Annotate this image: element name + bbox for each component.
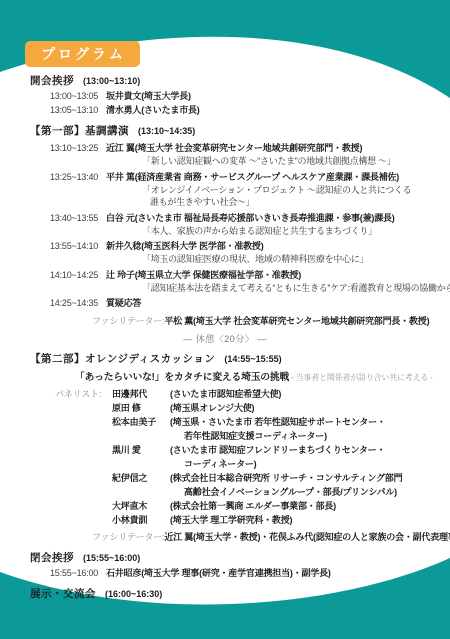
speaker-row: 14:10~14:25 辻 玲子(埼玉県立大学 保健医療福祉学部・准教授) [30,268,450,282]
section-time: (16:00~16:30) [105,587,162,602]
speaker-time: 13:55~14:10 [30,239,106,253]
panelist-affiliation-line2: 高齢社会イノベーショングループ・部長/プリンシパル) [170,485,397,499]
panelist-row: 小林貴訓 (埼玉大学 理工学研究科・教授) [30,513,450,527]
part2-subtitle-note: - 当事者と関係者が語り合い共に考える - [289,373,433,382]
talk-item: 13:25~13:40 平井 篤(経済産業省 商務・サービスグループ ヘルスケア… [30,170,450,209]
break-notice: ― 休憩〈20分〉 ― [0,333,450,345]
panelist-name: 松本由美子 [112,415,170,429]
panelist-row: 大坪直木 (株式会社第一興商 エルダー事業部・部長) [30,499,450,513]
section-time: (13:00~13:10) [83,74,140,89]
speaker-name: 清水勇人(さいたま市長) [106,103,200,117]
panelist-affiliation: (埼玉県・さいたま市 若年性認知症サポートセンター・ [170,415,386,429]
panelist-affiliation: (埼玉県オレンジ大使) [170,401,254,415]
talk-title: 「本人、家族の声から始まる認知症と共生するまちづくり」 [30,225,450,238]
speaker-time: 14:25~14:35 [30,296,106,310]
speaker-row: 13:10~13:25 近江 翼(埼玉大学 社会変革研究センター地域共創研究部門… [30,141,450,155]
section-exhibition-header: 展示・交流会 (16:00~16:30) [30,587,450,602]
speaker-time: 14:10~14:25 [30,268,106,282]
section-closing: 閉会挨拶 (15:55~16:00) 15:55~16:00 石井昭彦(埼玉大学… [0,551,450,580]
talk-title: 「オレンジイノベーション・プロジェクト 〜認知症の人と共につくる [30,184,450,197]
section-part2: 【第二部】オレンジディスカッション (14:55~15:55) 「あったらいいな… [0,352,450,544]
panelist-row: 松本由美子 (埼玉県・さいたま市 若年性認知症サポートセンター・ [30,415,450,429]
talk-item: 13:55~14:10 新井久稔(埼玉医科大学 医学部・准教授) 「埼玉の認知症… [30,239,450,266]
section-part1-header: 【第一部】基調講演 (13:10~14:35) [30,124,450,139]
section-time: (14:55~15:55) [224,352,281,367]
speaker-time: 15:55~16:00 [30,566,106,580]
talk-title: 「認知症基本法を踏まえて考える“ともに生きる”ケア:看護教育と現場の協働から」 [30,282,450,295]
speaker-name: 新井久稔(埼玉医科大学 医学部・准教授) [106,239,264,253]
talk-title: 「埼玉の認知症医療の現状、地域の精神科医療を中心に」 [30,253,450,266]
section-opening: 開会挨拶 (13:00~13:10) 13:00~13:05 坂井貴文(埼玉大学… [0,74,450,117]
panelist-name: 黒川 愛 [112,443,170,457]
speaker-name: 平井 篤(経済産業省 商務・サービスグループ ヘルスケア産業課・課長補佐) [106,170,399,184]
panelist-affiliation: (さいたま市認知症希望大使) [170,387,281,401]
talk-item: 13:10~13:25 近江 翼(埼玉大学 社会変革研究センター地域共創研究部門… [30,141,450,168]
speaker-row: 13:00~13:05 坂井貴文(埼玉大学長) [30,89,450,103]
speaker-row: 13:55~14:10 新井久稔(埼玉医科大学 医学部・准教授) [30,239,450,253]
facilitator-row: ファシリテーター:近江 翼(埼玉大学・教授)・花俣ふみ代(認知症の人と家族の会・… [30,530,450,544]
facilitator-label: ファシリテーター: [92,532,164,542]
section-exhibition: 展示・交流会 (16:00~16:30) [0,587,450,602]
speaker-name: 辻 玲子(埼玉県立大学 保健医療福祉学部・准教授) [106,268,301,282]
qa-label: 質疑応答 [106,296,141,310]
panelist-name: 大坪直木 [112,499,170,513]
speaker-name: 坂井貴文(埼玉大学長) [106,89,191,103]
speaker-name: 石井昭彦(埼玉大学 理事(研究・産学官連携担当)・副学長) [106,566,331,580]
section-closing-header: 閉会挨拶 (15:55~16:00) [30,551,450,566]
speaker-row: 13:05~13:10 清水勇人(さいたま市長) [30,103,450,117]
part2-subtitle-main: 「あったらいいな!」をカタチに変える埼玉の挑戦 [75,372,289,383]
panelist-name: 田邊邦代 [112,387,170,401]
speaker-time: 13:40~13:55 [30,211,106,225]
section-opening-header: 開会挨拶 (13:00~13:10) [30,74,450,89]
talk-item: 13:40~13:55 白谷 元(さいたま市 福祉局長寿応援部いきいき長寿推進課… [30,211,450,238]
section-time: (15:55~16:00) [83,551,140,566]
talk-title-line2: 誰もが生きやすい社会〜」 [30,196,450,209]
talk-item: 14:10~14:25 辻 玲子(埼玉県立大学 保健医療福祉学部・准教授) 「認… [30,268,450,295]
talk-item-qa: 14:25~14:35 質疑応答 [30,296,450,310]
program-page: プログラム 開会挨拶 (13:00~13:10) 13:00~13:05 坂井貴… [0,0,450,639]
section-part2-header: 【第二部】オレンジディスカッション (14:55~15:55) [30,352,450,367]
panelist-row: 原田 修 (埼玉県オレンジ大使) [30,401,450,415]
panelist-name: 小林貴訓 [112,513,170,527]
panelist-name: 紀伊信之 [112,471,170,485]
panelist-row: パネリスト: 田邊邦代 (さいたま市認知症希望大使) [30,387,450,401]
section-title: 【第二部】オレンジディスカッション [30,352,215,367]
speaker-name: 近江 翼(埼玉大学 社会変革研究センター地域共創研究部門・教授) [106,141,362,155]
speaker-name: 白谷 元(さいたま市 福祉局長寿応援部いきいき長寿推進課・参事(兼)課長) [106,211,395,225]
panelist-name: 原田 修 [112,401,170,415]
panelist-label: パネリスト: [55,387,112,401]
part2-subtitle: 「あったらいいな!」をカタチに変える埼玉の挑戦 - 当事者と関係者が語り合い共に… [30,369,450,384]
panelist-row-cont: 高齢社会イノベーショングループ・部長/プリンシパル) [30,485,450,499]
section-title: 閉会挨拶 [30,551,74,566]
speaker-time: 13:10~13:25 [30,141,106,155]
program-content: プログラム 開会挨拶 (13:00~13:10) 13:00~13:05 坂井貴… [0,0,450,602]
section-title: 【第一部】基調講演 [30,124,129,139]
panelist-affiliation: (さいたま市 認知症フレンドリーまちづくりセンター・ [170,443,385,457]
section-time: (13:10~14:35) [138,124,195,139]
speaker-row: 14:25~14:35 質疑応答 [30,296,450,310]
facilitator-label: ファシリテーター: [92,316,164,326]
section-title: 展示・交流会 [30,587,96,602]
panelist-affiliation-line2: 若年性認知症支援コーディネーター) [170,429,327,443]
speaker-time: 13:25~13:40 [30,170,106,184]
facilitator-name: 近江 翼(埼玉大学・教授)・花俣ふみ代(認知症の人と家族の会・副代表理事) [164,532,450,542]
panelist-row-cont: 若年性認知症支援コーディネーター) [30,429,450,443]
section-part1: 【第一部】基調講演 (13:10~14:35) 13:10~13:25 近江 翼… [0,124,450,328]
speaker-time: 13:00~13:05 [30,89,106,103]
panelist-row-cont: コーディネーター) [30,457,450,471]
panelist-affiliation: (株式会社第一興商 エルダー事業部・部長) [170,499,336,513]
facilitator-name: 平松 薫(埼玉大学 社会変革研究センター地域共創研究部門長・教授) [164,316,429,326]
speaker-time: 13:05~13:10 [30,103,106,117]
panelist-row: 紀伊信之 (株式会社日本総合研究所 リサーチ・コンサルティング部門 [30,471,450,485]
facilitator-row: ファシリテーター:平松 薫(埼玉大学 社会変革研究センター地域共創研究部門長・教… [30,314,450,328]
speaker-row: 13:25~13:40 平井 篤(経済産業省 商務・サービスグループ ヘルスケア… [30,170,450,184]
panelist-affiliation: (株式会社日本総合研究所 リサーチ・コンサルティング部門 [170,471,402,485]
panelist-row: 黒川 愛 (さいたま市 認知症フレンドリーまちづくりセンター・ [30,443,450,457]
section-title: 開会挨拶 [30,74,74,89]
speaker-row: 15:55~16:00 石井昭彦(埼玉大学 理事(研究・産学官連携担当)・副学長… [30,566,450,580]
talk-title: 「新しい認知症観への変革 〜“さいたま”の地域共創拠点構想 〜」 [30,155,450,168]
panelist-affiliation-line2: コーディネーター) [170,457,256,471]
program-badge: プログラム [25,41,140,67]
speaker-row: 13:40~13:55 白谷 元(さいたま市 福祉局長寿応援部いきいき長寿推進課… [30,211,450,225]
panelist-affiliation: (埼玉大学 理工学研究科・教授) [170,513,292,527]
